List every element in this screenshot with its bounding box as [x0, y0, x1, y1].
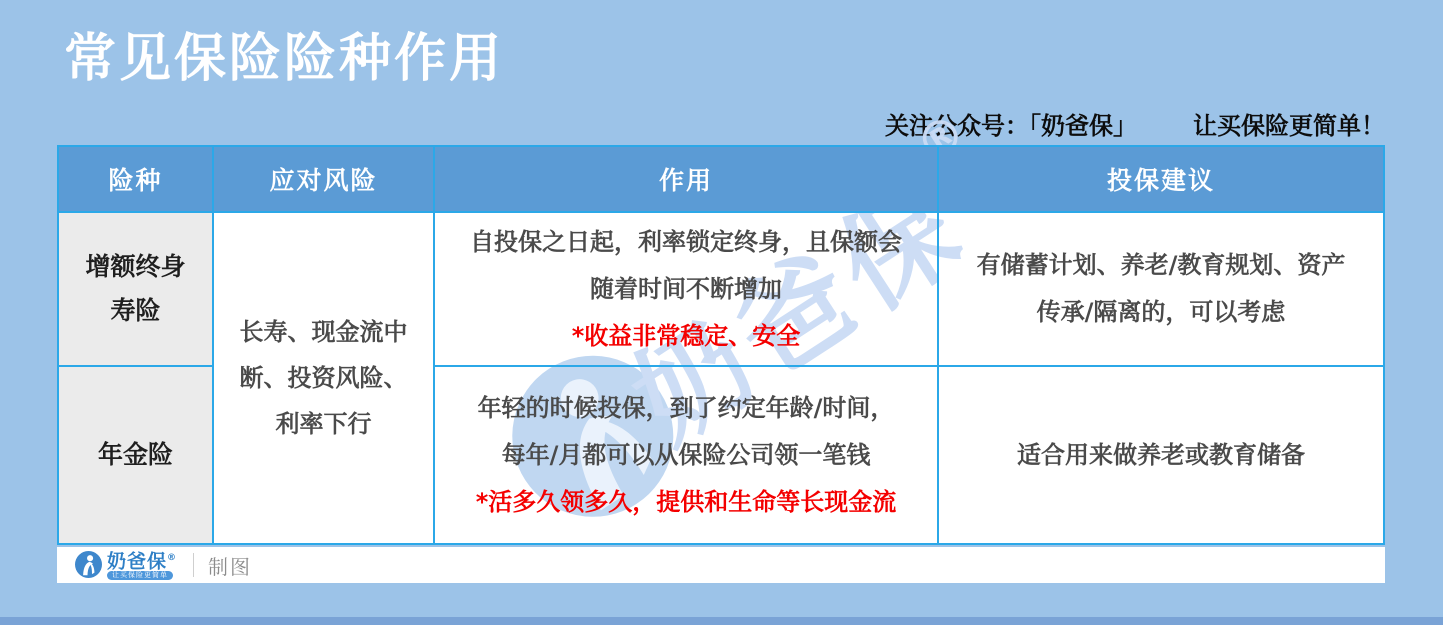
footer-divider [193, 553, 194, 577]
row1-effect-line1: 自投保之日起，利率锁定终身，且保额会 [470, 219, 902, 266]
logo-registered-mark: ® [167, 553, 177, 563]
row2-advice-cell: 适合用来做养老或教育储备 [939, 367, 1383, 543]
row2-advice-line1: 适合用来做养老或教育储备 [1017, 432, 1305, 479]
page-title: 常见保险险种作用 [64, 16, 504, 91]
tagline-slogan: 让买保险更简单！ [1193, 112, 1385, 140]
bottom-accent-bar [0, 617, 1443, 625]
header-insurance-type: 险种 [59, 147, 214, 213]
row1-type-increasing-whole-life: 增额终身寿险 [59, 213, 214, 367]
made-by-label: 制图 [208, 551, 252, 580]
row2-effect-cell: 年轻的时候投保，到了约定年龄/时间， 每年/月都可以从保险公司领一笔钱 *活多久… [435, 367, 939, 543]
row1-effect-cell: 自投保之日起，利率锁定终身，且保额会 随着时间不断增加 *收益非常稳定、安全 [435, 213, 939, 367]
row1-advice-line2: 传承/隔离的，可以考虑 [1037, 289, 1286, 336]
row1-effect-highlight: *收益非常稳定、安全 [572, 313, 801, 360]
row1-advice-cell: 有储蓄计划、养老/教育规划、资产 传承/隔离的，可以考虑 [939, 213, 1383, 367]
logo-brand-name: 奶爸保® [107, 550, 177, 570]
footer-bar: 奶爸保® 让买保险更简单 制图 [57, 547, 1385, 583]
infographic-page: 常见保险险种作用 关注公众号：「奶爸保」让买保险更简单！ 奶爸保 ® 险种 应对… [0, 0, 1443, 625]
naibabao-logo-icon [75, 551, 102, 578]
tagline-follow-account: 关注公众号：「奶爸保」 [885, 112, 1137, 140]
row1-effect-line2: 随着时间不断增加 [590, 266, 782, 313]
row1-advice-line1: 有储蓄计划、养老/教育规划、资产 [977, 242, 1346, 289]
header-risk: 应对风险 [214, 147, 435, 213]
logo-text-block: 奶爸保® 让买保险更简单 [107, 550, 177, 580]
insurance-table-zone: 奶爸保 ® 险种 应对风险 作用 投保建议 增额终身寿险 长寿、现金流中断、投资… [57, 145, 1385, 545]
logo-brand-chars: 奶爸保 [107, 550, 167, 572]
logo-slogan-banner: 让买保险更简单 [107, 571, 173, 580]
row2-type-annuity: 年金险 [59, 367, 214, 543]
header-effect: 作用 [435, 147, 939, 213]
row2-effect-line1: 年轻的时候投保，到了约定年龄/时间， [478, 385, 895, 432]
insurance-table: 险种 应对风险 作用 投保建议 增额终身寿险 长寿、现金流中断、投资风险、利率下… [57, 145, 1385, 545]
tagline: 关注公众号：「奶爸保」让买保险更简单！ [885, 106, 1385, 141]
row2-effect-line2: 每年/月都可以从保险公司领一笔钱 [502, 432, 871, 479]
naibabao-logo: 奶爸保® 让买保险更简单 [75, 550, 177, 580]
header-advice: 投保建议 [939, 147, 1383, 213]
row2-effect-highlight: *活多久领多久，提供和生命等长现金流 [476, 479, 897, 526]
merged-risk-cell: 长寿、现金流中断、投资风险、利率下行 [214, 213, 435, 543]
